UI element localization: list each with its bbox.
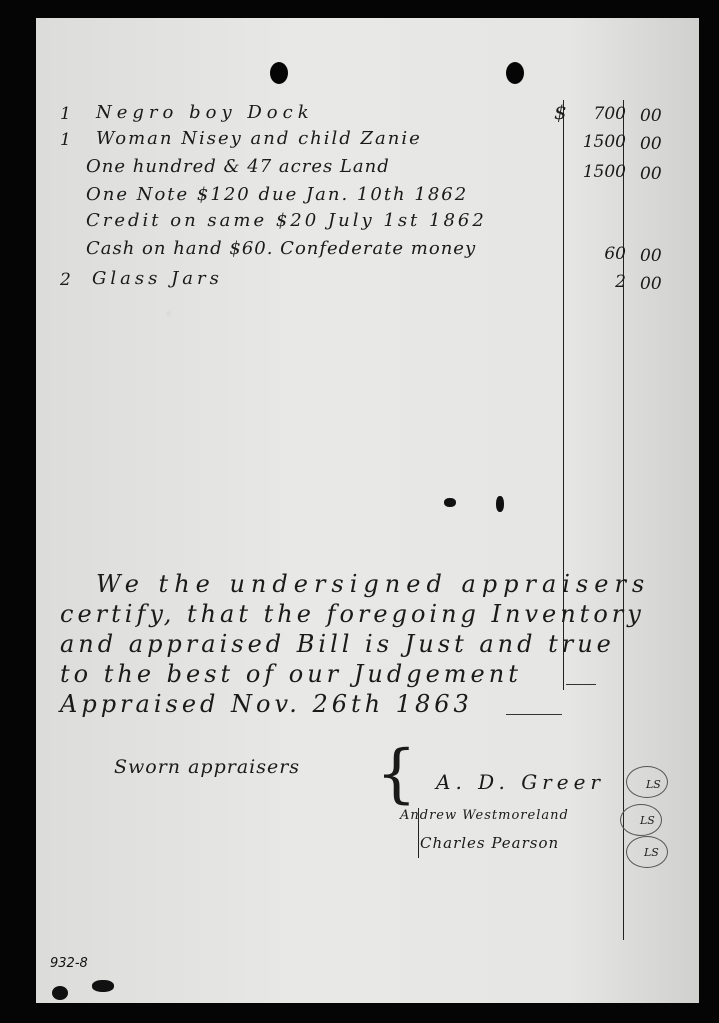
document-page: $ 1 Negro boy Dock 700 00 1 Woman Nisey … <box>36 18 699 1003</box>
seal-label: LS <box>646 778 661 791</box>
item-description: One Note $120 due Jan. 10th 1862 <box>86 184 468 205</box>
seal-label: LS <box>640 814 655 827</box>
item-description: One hundred & 47 acres Land <box>86 156 390 177</box>
item-dollars: 700 <box>556 104 626 124</box>
punch-hole-right <box>506 62 524 84</box>
item-cents: 00 <box>640 134 662 154</box>
signer-signature: Charles Pearson <box>420 834 559 852</box>
ink-blot <box>496 496 504 512</box>
line-filler <box>566 684 596 685</box>
certification-line: We the undersigned appraisers <box>96 570 650 598</box>
item-cents: 00 <box>640 246 662 266</box>
item-description: Credit on same $20 July 1st 1862 <box>86 210 487 231</box>
item-cents: 00 <box>640 106 662 126</box>
certification-line: and appraised Bill is Just and true <box>60 630 615 658</box>
archive-number: 932-8 <box>50 956 88 971</box>
item-description: Negro boy Dock <box>96 102 314 123</box>
ink-blot <box>52 986 68 1000</box>
line-filler <box>506 714 562 715</box>
item-dollars: 60 <box>556 244 626 264</box>
item-cents: 00 <box>640 164 662 184</box>
item-description: Woman Nisey and child Zanie <box>96 128 422 149</box>
certification-line: certify, that the foregoing Inventory <box>60 600 645 628</box>
ink-blot <box>444 498 456 507</box>
signer-signature: Andrew Westmoreland <box>400 808 569 823</box>
punch-hole-left <box>270 62 288 84</box>
ink-blot <box>92 980 114 992</box>
item-quantity: 1 <box>60 104 71 124</box>
seal-label: LS <box>644 846 659 859</box>
item-dollars: 1500 <box>556 132 626 152</box>
brace: { <box>376 742 417 806</box>
item-cents: 00 <box>640 274 662 294</box>
item-dollars: 1500 <box>556 162 626 182</box>
appraisal-date-line: Appraised Nov. 26th 1863 <box>60 690 473 718</box>
item-dollars: 2 <box>556 272 626 292</box>
item-description: Glass Jars <box>92 268 223 289</box>
item-description: Cash on hand $60. Confederate money <box>86 238 476 259</box>
certification-line: to the best of our Judgement <box>60 660 522 688</box>
item-quantity: 1 <box>60 130 71 150</box>
signer-signature: A. D. Greer <box>436 770 605 794</box>
sworn-appraisers-label: Sworn appraisers <box>114 756 300 778</box>
item-quantity: 2 <box>60 270 71 290</box>
